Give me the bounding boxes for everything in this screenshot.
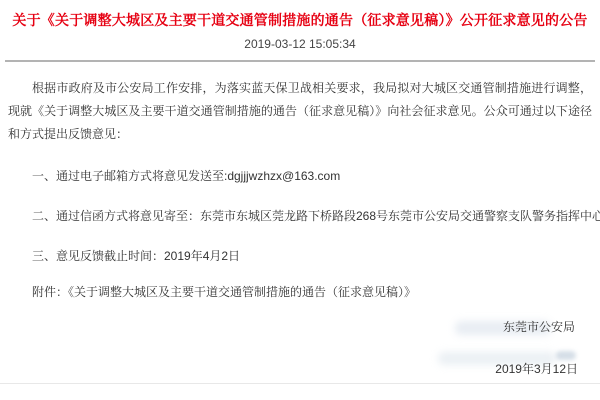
publish-timestamp: 2019-03-12 15:05:34 — [0, 37, 600, 51]
signature-date: 2019年3月12日 — [8, 361, 592, 377]
feedback-item-deadline: 三、意见反馈截止时间：2019年4月2日 — [8, 248, 592, 264]
feedback-item-mail: 二、通过信函方式将意见寄至：东莞市东城区莞龙路下桥路段268号东莞市公安局交通警… — [8, 208, 592, 224]
page-title: 关于《关于调整大城区及主要干道交通管制措施的通告（征求意见稿）》公开征求意见的公… — [0, 0, 600, 31]
document-body: 根据市政府及市公安局工作安排，为落实蓝天保卫战相关要求，我局拟对大城区交通管制措… — [0, 77, 600, 377]
feedback-item-email: 一、通过电子邮箱方式将意见发送至:dgjjjwzhzx@163.com — [8, 168, 592, 184]
announcement-page: 关于《关于调整大城区及主要干道交通管制措施的通告（征求意见稿）》公开征求意见的公… — [0, 0, 600, 400]
bottom-divider — [0, 383, 600, 384]
signature-agency: 东莞市公安局 — [8, 319, 592, 335]
attachment-line: 附件：《关于调整大城区及主要干道交通管制措施的通告（征求意见稿）》 — [8, 284, 592, 300]
intro-paragraph: 根据市政府及市公安局工作安排，为落实蓝天保卫战相关要求，我局拟对大城区交通管制措… — [8, 77, 592, 146]
title-divider — [5, 60, 595, 62]
